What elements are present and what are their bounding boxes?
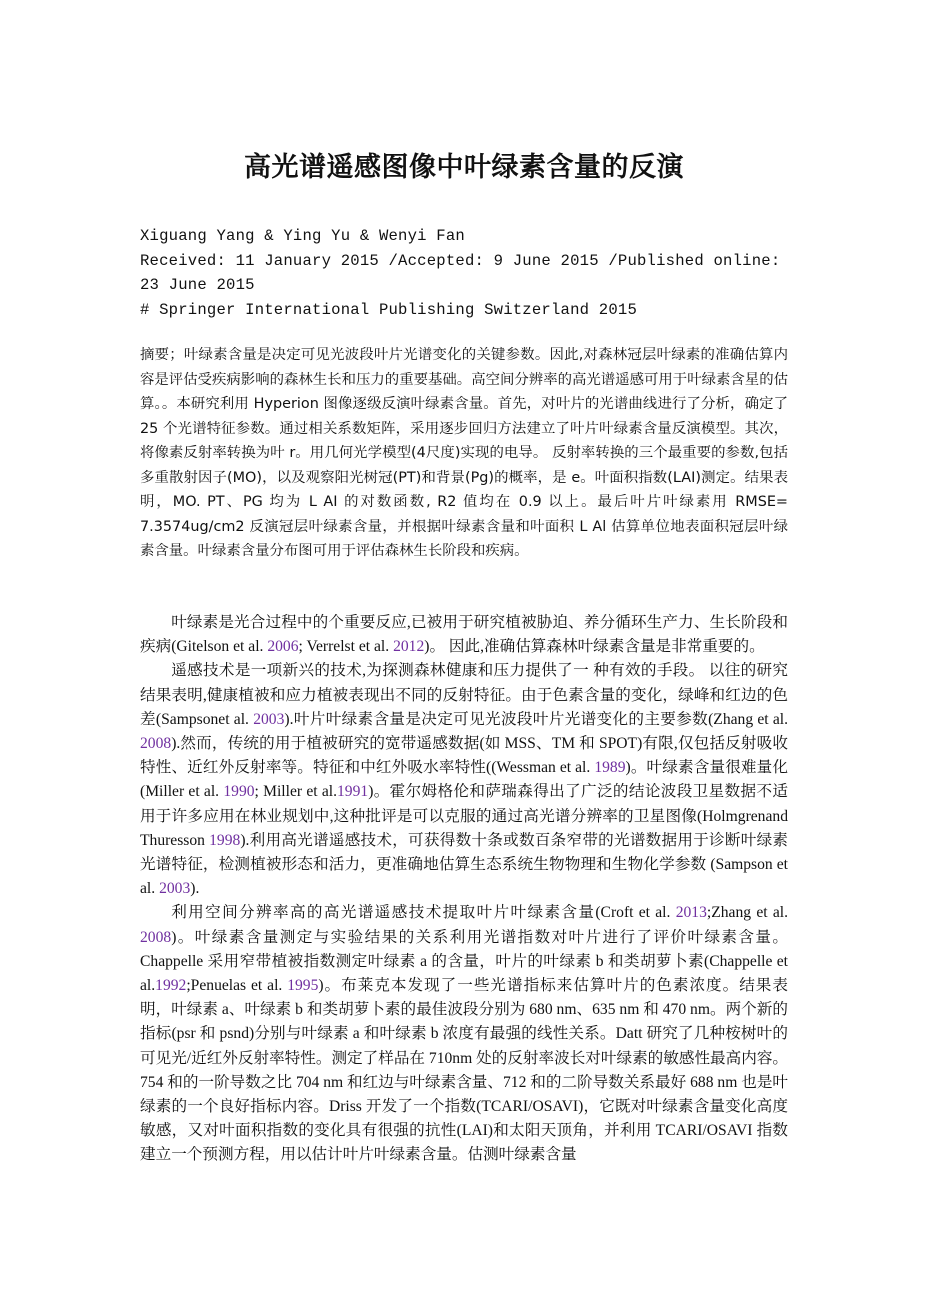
abstract: 摘要；叶绿素含量是决定可见光波段叶片光谱变化的关键参数。因此,对森林冠层叶绿素的…	[140, 343, 788, 564]
body-text-segment: ;Zhang et al.	[707, 904, 788, 921]
authors-line: Xiguang Yang & Ying Yu & Wenyi Fan	[140, 224, 788, 249]
paper-title: 高光谱遥感图像中叶绿素含量的反演	[140, 148, 788, 188]
citation-year-link[interactable]: 2008	[140, 929, 171, 946]
citation-year-link[interactable]: 2012	[393, 638, 424, 655]
body-text-segment: ; Verrelst et al.	[299, 638, 394, 655]
citation-year-link[interactable]: 1992	[155, 977, 186, 994]
citation-year-link[interactable]: 2008	[140, 735, 171, 752]
abstract-label: 摘要；	[140, 347, 184, 363]
citation-year-link[interactable]: 2003	[253, 711, 284, 728]
citation-year-link[interactable]: 1995	[287, 977, 318, 994]
citation-year-link[interactable]: 1991	[337, 783, 368, 800]
citation-year-link[interactable]: 2003	[159, 880, 190, 897]
citation-year-link[interactable]: 2006	[267, 638, 298, 655]
body-text-segment: ).	[190, 880, 199, 897]
dates-line: Received: 11 January 2015 /Accepted: 9 J…	[140, 249, 788, 298]
body-text-segment: )。 因此,准确估算森林叶绿素含量是非常重要的。	[424, 638, 764, 655]
citation-year-link[interactable]: 2013	[676, 904, 707, 921]
citation-year-link[interactable]: 1989	[594, 759, 625, 776]
abstract-text: 叶绿素含量是决定可见光波段叶片光谱变化的关键参数。因此,对森林冠层叶绿素的准确估…	[140, 347, 788, 559]
body-text-segment: ).叶片叶绿素含量是决定可见光波段叶片光谱变化的主要参数(Zhang et al…	[284, 711, 788, 728]
body-paragraph: 叶绿素是光合过程中的个重要反应,已被用于研究植被胁迫、养分循环生产力、生长阶段和…	[140, 611, 788, 659]
body-text: 叶绿素是光合过程中的个重要反应,已被用于研究植被胁迫、养分循环生产力、生长阶段和…	[140, 611, 788, 1168]
citation-year-link[interactable]: 1998	[209, 832, 240, 849]
body-text-segment: ;Penuelas et al.	[186, 977, 287, 994]
body-paragraph: 利用空间分辨率高的高光谱遥感技术提取叶片叶绿素含量(Croft et al. 2…	[140, 901, 788, 1167]
body-text-segment: )。布莱克本发现了一些光谱指标来估算叶片的色素浓度。结果表明，叶绿素 a、叶绿素…	[140, 977, 788, 1163]
body-paragraph: 遥感技术是一项新兴的技术,为探测森林健康和压力提供了一 种有效的手段。 以往的研…	[140, 659, 788, 901]
citation-year-link[interactable]: 1990	[223, 783, 254, 800]
paper-meta: Xiguang Yang & Ying Yu & Wenyi Fan Recei…	[140, 224, 788, 322]
body-text-segment: 利用空间分辨率高的高光谱遥感技术提取叶片叶绿素含量(Croft et al.	[171, 904, 676, 921]
body-text-segment: ; Miller et al.	[255, 783, 337, 800]
copyright-line: # Springer International Publishing Swit…	[140, 298, 788, 323]
